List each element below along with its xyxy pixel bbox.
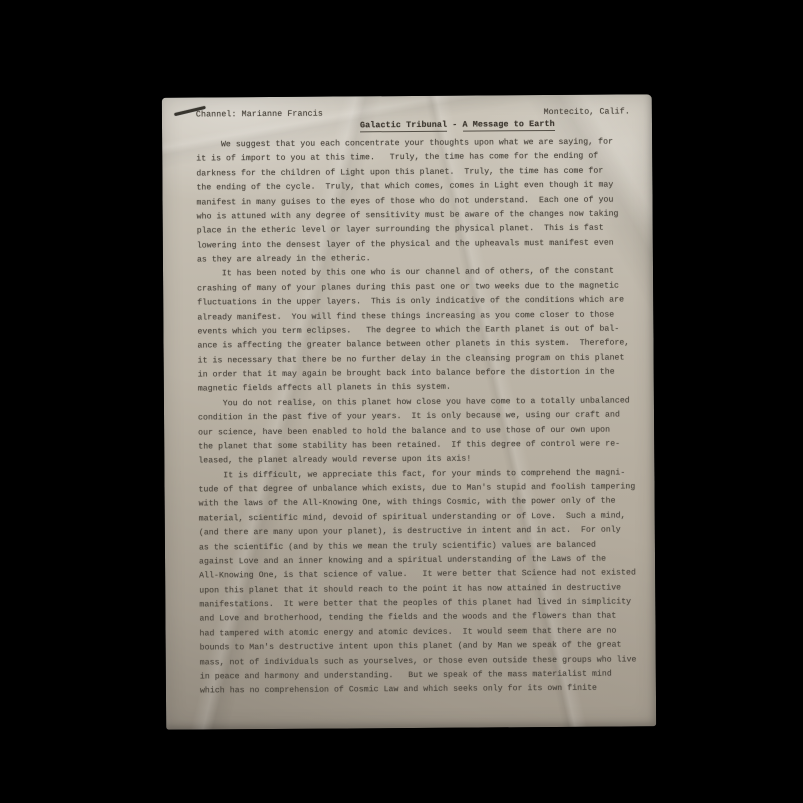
paragraph: It has been noted by this one who is our… <box>197 265 635 397</box>
paragraph: You do not realise, on this planet how c… <box>198 394 635 469</box>
title-separator: - <box>447 120 462 130</box>
document-body: We suggest that you each concentrate you… <box>196 135 637 699</box>
photo-background: Channel: Marianne Francis Montecito, Cal… <box>0 0 803 803</box>
document-page: Channel: Marianne Francis Montecito, Cal… <box>162 94 656 729</box>
paragraph: We suggest that you each concentrate you… <box>196 135 634 267</box>
title-part-1: Galactic Tribunal <box>360 120 447 132</box>
location-line: Montecito, Calif. <box>544 107 630 118</box>
document-header: Channel: Marianne Francis Montecito, Cal… <box>196 107 630 120</box>
document-title: Galactic Tribunal - A Message to Earth <box>360 119 555 131</box>
paragraph: It is difficult, we appreciate this fact… <box>198 466 636 699</box>
title-part-2: A Message to Earth <box>462 119 554 131</box>
channel-line: Channel: Marianne Francis <box>196 110 323 121</box>
